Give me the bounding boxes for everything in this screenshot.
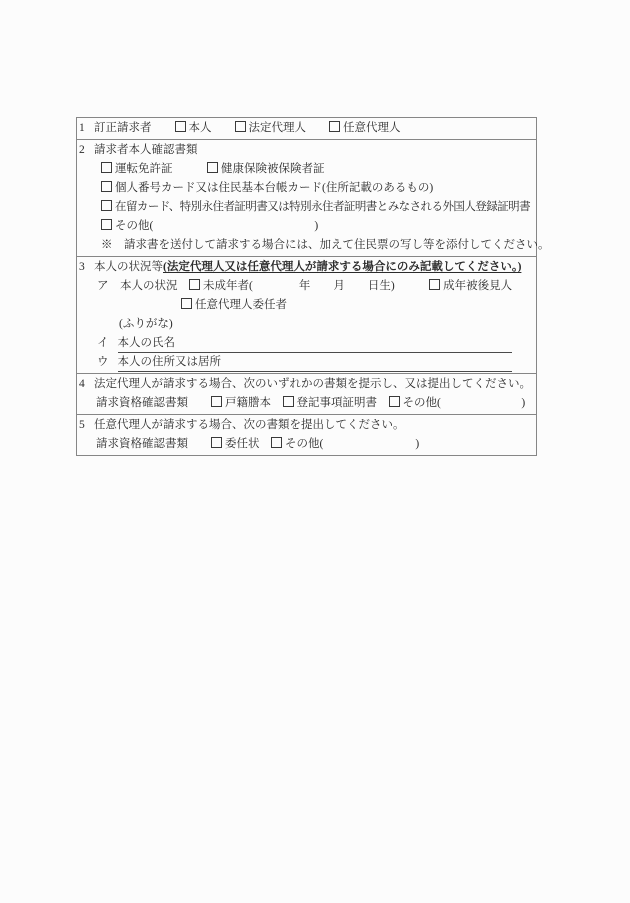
checkbox-icon[interactable]	[101, 162, 112, 173]
checkbox-icon[interactable]	[429, 279, 440, 290]
section-row-4: 4法定代理人が請求する場合、次のいずれかの書類を提示し、又は提出してください。請…	[77, 373, 536, 414]
section-content: 任意代理人が請求する場合、次の書類を提出してください。請求資格確認書類 委任状 …	[94, 415, 536, 455]
form-line: イ本人の氏名	[94, 334, 536, 353]
checkbox-icon[interactable]	[271, 437, 282, 448]
checkbox-label: その他(	[115, 220, 153, 232]
text-segment: )	[441, 397, 525, 409]
section-content: 本人の状況等(法定代理人又は任意代理人が請求する場合にのみ記載してください。)ア…	[94, 257, 536, 373]
correction-request-form-table: 1訂正請求者 本人 法定代理人 任意代理人2請求者本人確認書類運転免許証 健康保…	[76, 117, 537, 456]
text-segment	[260, 438, 272, 450]
section-content: 訂正請求者 本人 法定代理人 任意代理人	[94, 118, 536, 139]
text-segment: 請求者本人確認書類	[94, 144, 198, 156]
text-segment: 請求資格確認書類	[96, 397, 211, 409]
section-content: 法定代理人が請求する場合、次のいずれかの書類を提示し、又は提出してください。請求…	[94, 374, 536, 414]
checkbox-item[interactable]: 任意代理人委任者	[181, 299, 287, 311]
checkbox-icon[interactable]	[283, 396, 294, 407]
checkbox-label: その他(	[285, 438, 323, 450]
checkbox-icon[interactable]	[389, 396, 400, 407]
section-row-3: 3本人の状況等(法定代理人又は任意代理人が請求する場合にのみ記載してください。)…	[77, 256, 536, 373]
text-segment: (ふりがな)	[119, 318, 173, 330]
text-segment: 任意代理人が請求する場合、次の書類を提出してください。	[94, 419, 405, 431]
text-segment	[395, 280, 430, 292]
fill-in-underline[interactable]: 本人の住所又は居所	[118, 353, 513, 372]
form-line: ア 本人の状況 未成年者( 年 月 日生) 成年被後見人	[94, 277, 536, 296]
checkbox-icon[interactable]	[175, 121, 186, 132]
text-segment	[271, 397, 283, 409]
form-line: ウ本人の住所又は居所	[94, 353, 536, 372]
form-line: 個人番号カード又は住民基本台帳カード(住所記載のあるもの)	[94, 179, 536, 198]
text-segment: 訂正請求者	[94, 122, 175, 134]
checkbox-item[interactable]: その他(	[101, 220, 153, 232]
checkbox-item[interactable]: 未成年者( 年 月 日生)	[189, 280, 395, 292]
checkbox-label: 未成年者( 年 月 日生)	[203, 280, 395, 292]
checkbox-item[interactable]: 登記事項証明書	[283, 397, 378, 409]
checkbox-item[interactable]: 成年被後見人	[429, 280, 512, 292]
section-row-5: 5任意代理人が請求する場合、次の書類を提出してください。請求資格確認書類 委任状…	[77, 414, 536, 455]
text-segment: ※ 請求書を送付して請求する場合には、加えて住民票の写し等を添付してください。	[101, 239, 550, 251]
text-segment: 本人の状況等	[94, 261, 163, 273]
checkbox-label: その他(	[403, 397, 441, 409]
checkbox-icon[interactable]	[101, 200, 112, 211]
checkbox-label: 健康保険被保険者証	[221, 163, 325, 175]
checkbox-item[interactable]: 在留カード、特別永住者証明書又は特別永住者証明書とみなされる外国人登録証明書	[101, 201, 530, 213]
checkbox-label: 任意代理人委任者	[195, 299, 287, 311]
checkbox-label: 委任状	[225, 438, 260, 450]
form-line: 任意代理人委任者	[94, 296, 536, 315]
text-segment	[306, 122, 329, 134]
field-label: 本人の住所又は居所	[118, 356, 222, 368]
text-segment	[173, 163, 208, 175]
section-number: 4	[77, 374, 94, 414]
checkbox-item[interactable]: 健康保険被保険者証	[207, 163, 325, 175]
checkbox-item[interactable]: 法定代理人	[235, 122, 307, 134]
form-line: 請求者本人確認書類	[94, 141, 536, 160]
checkbox-label: 個人番号カード又は住民基本台帳カード(住所記載のあるもの)	[115, 182, 433, 194]
form-line: (ふりがな)	[94, 315, 536, 334]
text-segment: 法定代理人が請求する場合、次のいずれかの書類を提示し、又は提出してください。	[94, 378, 531, 390]
section-row-2: 2請求者本人確認書類運転免許証 健康保険被保険者証個人番号カード又は住民基本台帳…	[77, 139, 536, 256]
fill-in-underline[interactable]: 本人の氏名	[118, 334, 513, 353]
checkbox-icon[interactable]	[101, 219, 112, 230]
checkbox-item[interactable]: 委任状	[211, 438, 260, 450]
text-segment: 請求資格確認書類	[96, 438, 211, 450]
text-segment: )	[323, 438, 419, 450]
field-label: 本人の氏名	[118, 337, 176, 349]
section-number: 1	[77, 118, 94, 139]
checkbox-item[interactable]: 本人	[175, 122, 212, 134]
checkbox-label: 法定代理人	[249, 122, 307, 134]
checkbox-icon[interactable]	[211, 396, 222, 407]
section-number: 2	[77, 140, 94, 256]
form-line: 法定代理人が請求する場合、次のいずれかの書類を提示し、又は提出してください。	[94, 375, 536, 394]
section-number: 5	[77, 415, 94, 455]
checkbox-item[interactable]: 運転免許証	[101, 163, 173, 175]
checkbox-icon[interactable]	[181, 298, 192, 309]
conditional-note-underlined: (法定代理人又は任意代理人が請求する場合にのみ記載してください。)	[163, 261, 521, 273]
text-segment: ア 本人の状況	[97, 280, 189, 292]
checkbox-icon[interactable]	[207, 162, 218, 173]
checkbox-item[interactable]: 戸籍謄本	[211, 397, 271, 409]
form-line: 在留カード、特別永住者証明書又は特別永住者証明書とみなされる外国人登録証明書	[94, 198, 536, 217]
form-line: ※ 請求書を送付して請求する場合には、加えて住民票の写し等を添付してください。	[94, 236, 536, 255]
text-segment	[377, 397, 389, 409]
checkbox-label: 在留カード、特別永住者証明書又は特別永住者証明書とみなされる外国人登録証明書	[115, 201, 530, 213]
checkbox-label: 運転免許証	[115, 163, 173, 175]
form-line: その他( )	[94, 217, 536, 236]
checkbox-icon[interactable]	[211, 437, 222, 448]
form-line: 請求資格確認書類 戸籍謄本 登記事項証明書 その他( )	[94, 394, 536, 413]
checkbox-item[interactable]: その他(	[271, 438, 323, 450]
checkbox-label: 本人	[189, 122, 212, 134]
checkbox-icon[interactable]	[101, 181, 112, 192]
checkbox-label: 登記事項証明書	[297, 397, 378, 409]
checkbox-item[interactable]: 任意代理人	[329, 122, 401, 134]
text-segment: )	[153, 220, 318, 232]
form-line: 運転免許証 健康保険被保険者証	[94, 160, 536, 179]
checkbox-icon[interactable]	[329, 121, 340, 132]
checkbox-label: 任意代理人	[343, 122, 401, 134]
form-line: 訂正請求者 本人 法定代理人 任意代理人	[94, 119, 536, 138]
checkbox-icon[interactable]	[189, 279, 200, 290]
form-line: 請求資格確認書類 委任状 その他( )	[94, 435, 536, 454]
section-row-1: 1訂正請求者 本人 法定代理人 任意代理人	[77, 118, 536, 139]
form-line: 本人の状況等(法定代理人又は任意代理人が請求する場合にのみ記載してください。)	[94, 258, 536, 277]
line-item-marker: イ	[97, 334, 109, 353]
checkbox-icon[interactable]	[235, 121, 246, 132]
checkbox-item[interactable]: 個人番号カード又は住民基本台帳カード(住所記載のあるもの)	[101, 182, 433, 194]
section-number: 3	[77, 257, 94, 373]
checkbox-item[interactable]: その他(	[389, 397, 441, 409]
checkbox-label: 戸籍謄本	[225, 397, 271, 409]
text-segment	[212, 122, 235, 134]
line-item-marker: ウ	[97, 353, 109, 372]
checkbox-label: 成年被後見人	[443, 280, 512, 292]
section-content: 請求者本人確認書類運転免許証 健康保険被保険者証個人番号カード又は住民基本台帳カ…	[94, 140, 536, 256]
form-line: 任意代理人が請求する場合、次の書類を提出してください。	[94, 416, 536, 435]
